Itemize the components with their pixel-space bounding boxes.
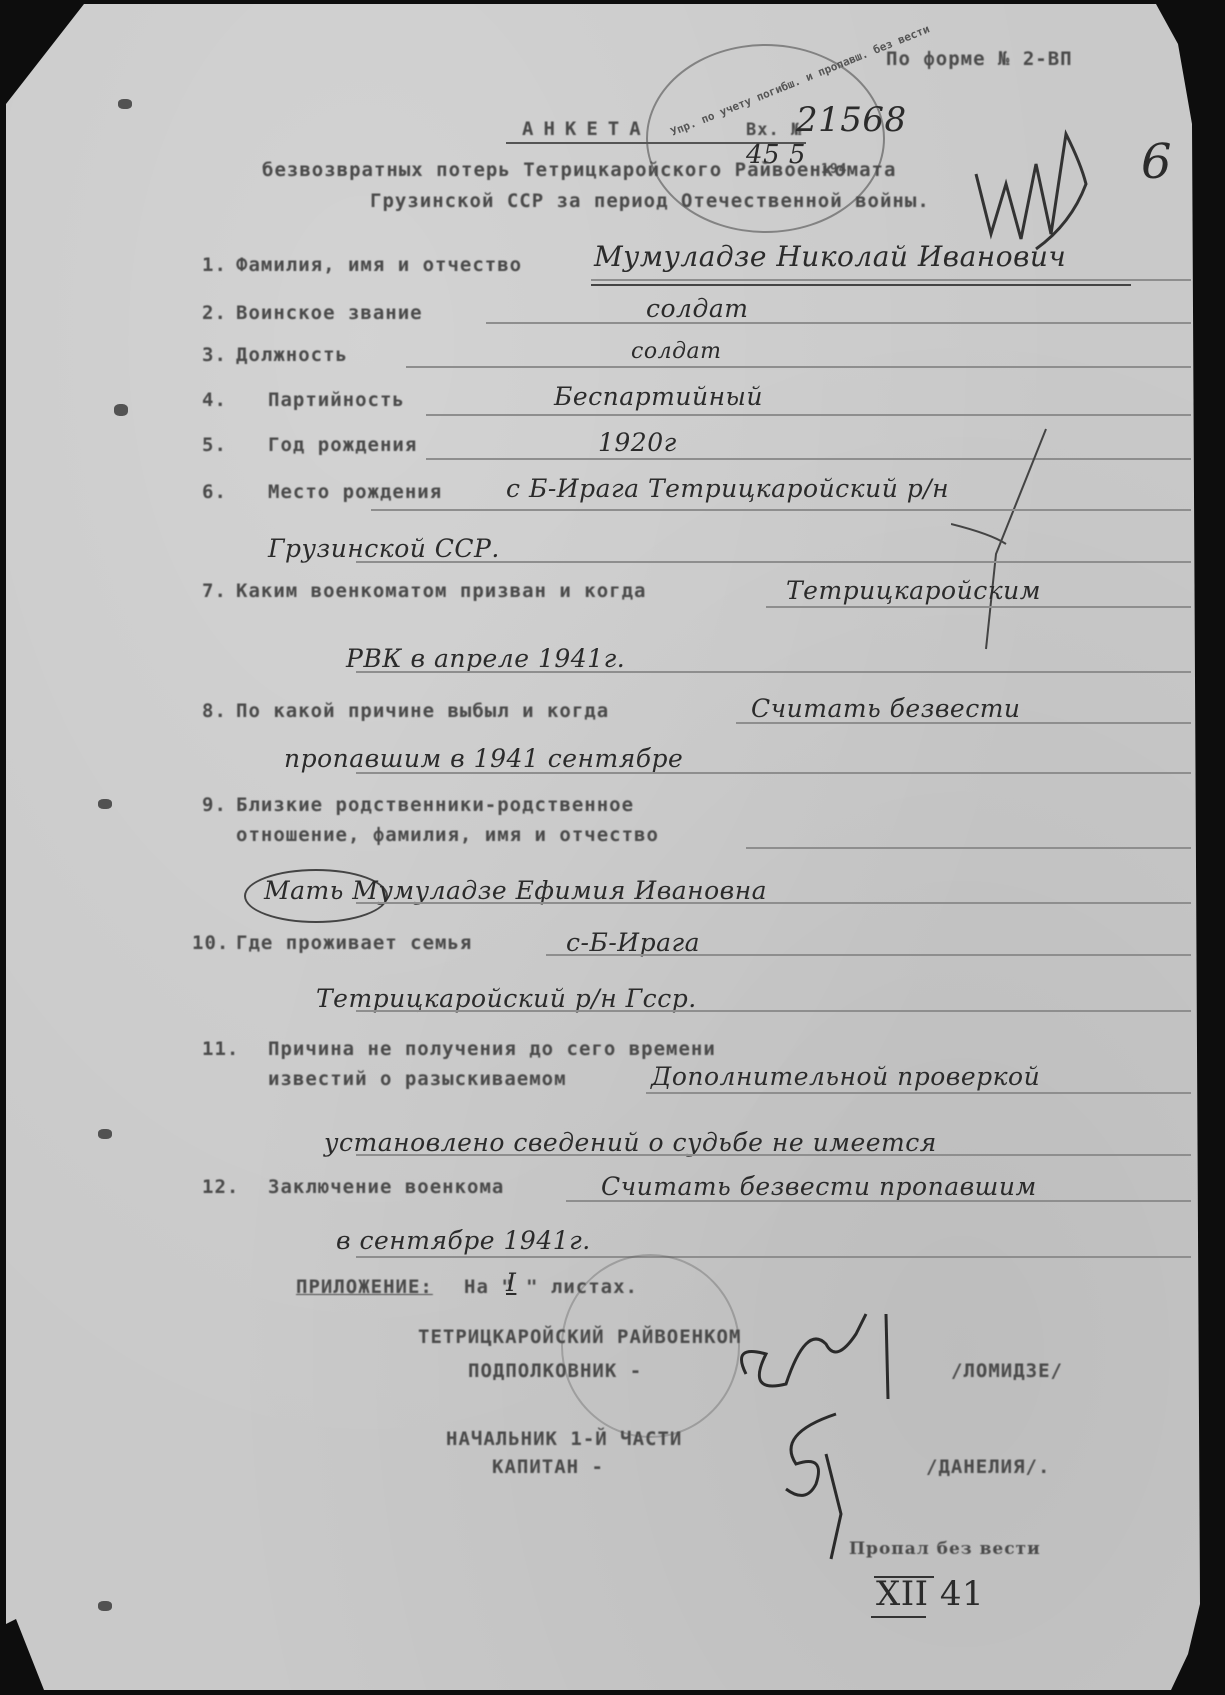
field-7-line [766,606,1191,608]
field-6-line [371,509,1191,511]
margin-mark: 6 [1141,134,1172,190]
tear-mark [98,1129,112,1139]
field-10-line-2 [356,1010,1191,1012]
field-3-num: 3. [202,344,227,366]
field-8-value: Считать безвести [751,694,1021,723]
field-2-num: 2. [202,302,227,324]
field-11-value-2: установлено сведений о судьбе не имеется [324,1128,937,1157]
field-1-line [591,279,1191,281]
field-11-line-2 [356,1154,1191,1156]
field-2-value: солдат [646,294,748,323]
field-6-value: с Б-Ирага Тетрицкаройский р/н [506,474,949,503]
field-4-label: Партийность [268,389,405,411]
field-6-label: Место рождения [268,481,442,503]
field-6-num: 6. [202,481,227,503]
field-1-underline [591,284,1131,286]
tear-mark [98,799,112,809]
field-11-label: Причина не получения до сего времени [268,1038,716,1060]
field-1-value: Мумуладзе Николай Иванович [594,240,1066,273]
signatory-org: ТЕТРИЦКАРОЙСКИЙ РАЙВОЕНКОМ [418,1326,741,1348]
field-3-label: Должность [236,344,348,366]
signature-1 [726,1304,896,1404]
field-5-label: Год рождения [268,434,417,456]
field-4-value: Беспартийный [554,382,763,411]
field-8-line [736,722,1191,724]
field-10-line [546,954,1191,956]
field-12-label: Заключение военкома [268,1176,504,1198]
field-11-label-2: известий о разыскиваемом [268,1068,567,1090]
document-page: По форме № 2-ВП Упр. по учету погибш. и … [6,4,1200,1690]
field-8-line-2 [356,772,1191,774]
attachment-label: ПРИЛОЖЕНИЕ: [296,1276,433,1298]
field-11-value: Дополнительной проверкой [651,1062,1040,1091]
tear-mark [118,99,132,109]
field-10-value: с-Б-Ирага [566,928,700,957]
field-10-num: 10. [192,932,229,954]
field-3-value: солдат [631,339,722,364]
field-11-line [646,1092,1191,1094]
form-number: По форме № 2-ВП [886,48,1073,70]
document-subtitle-1: безвозвратных потерь Тетрицкаройского Ра… [262,159,896,181]
field-4-line [426,414,1191,416]
field-2-line [486,322,1191,324]
missing-stamp: Пропал без вести [849,1539,1041,1559]
field-12-line-2 [356,1256,1191,1258]
stamp-incoming: Вх. № [746,120,802,140]
field-9-line [746,847,1191,849]
field-12-value-2: в сентябре 1941г. [336,1226,591,1255]
field-7-label: Каким военкоматом призван и когда [236,580,647,602]
signatory-2-rank: КАПИТАН - [492,1456,604,1478]
field-5-line [426,458,1191,460]
field-9-line-2 [356,902,1191,904]
field-8-label: По какой причине выбыл и когда [236,700,609,722]
field-7-value-2: РВК в апреле 1941г. [346,644,625,673]
field-4-num: 4. [202,389,227,411]
field-12-num: 12. [202,1176,239,1198]
field-11-num: 11. [202,1038,239,1060]
field-1-num: 1. [202,254,227,276]
check-stroke [951,424,1051,654]
resolution-signature [966,124,1116,254]
stamp-number: 21568 [796,100,907,140]
field-8-num: 8. [202,700,227,722]
field-6-line-2 [356,561,1191,563]
field-10-label: Где проживает семья [236,932,472,954]
attachment-count: I [506,1268,516,1297]
field-9-num: 9. [202,794,227,816]
tear-mark [98,1601,112,1611]
field-5-num: 5. [202,434,227,456]
field-5-value: 1920г [598,428,677,457]
field-3-line [406,366,1191,368]
field-8-value-2: пропавшим в 1941 сентябре [284,744,683,773]
document-title: АНКЕТА [522,118,651,140]
signatory-2-name: /ДАНЕЛИЯ/. [926,1456,1050,1478]
field-1-label: Фамилия, имя и отчество [236,254,522,276]
field-9-label: Близкие родственники-родственное [236,794,634,816]
document-subtitle-2: Грузинской ССР за период Отечественной в… [370,190,930,212]
field-7-value: Тетрицкаройским [786,576,1041,605]
missing-date-overline [874,1576,934,1578]
field-6-value-2: Грузинской ССР. [268,534,500,563]
field-10-value-2: Тетрицкаройский р/н Гсср. [316,984,697,1013]
signatory-2-position: НАЧАЛЬНИК 1-Й ЧАСТИ [446,1428,682,1450]
field-7-line-2 [356,671,1191,673]
signatory-1-name: /ЛОМИДЗЕ/ [951,1360,1063,1382]
missing-date: XII 41 [876,1574,984,1614]
field-7-num: 7. [202,580,227,602]
field-2-label: Воинское звание [236,302,423,324]
field-9-value: Мать Мумуладзе Ефимия Ивановна [264,876,767,905]
missing-date-underline [871,1616,926,1618]
field-12-line [566,1200,1191,1202]
field-12-value: Считать безвести пропавшим [601,1172,1037,1201]
tear-mark [114,404,128,416]
attachment-post: " листах. [526,1276,638,1298]
field-9-label-2: отношение, фамилия, имя и отчество [236,824,659,846]
signatory-1-rank: ПОДПОЛКОВНИК - [468,1360,642,1382]
